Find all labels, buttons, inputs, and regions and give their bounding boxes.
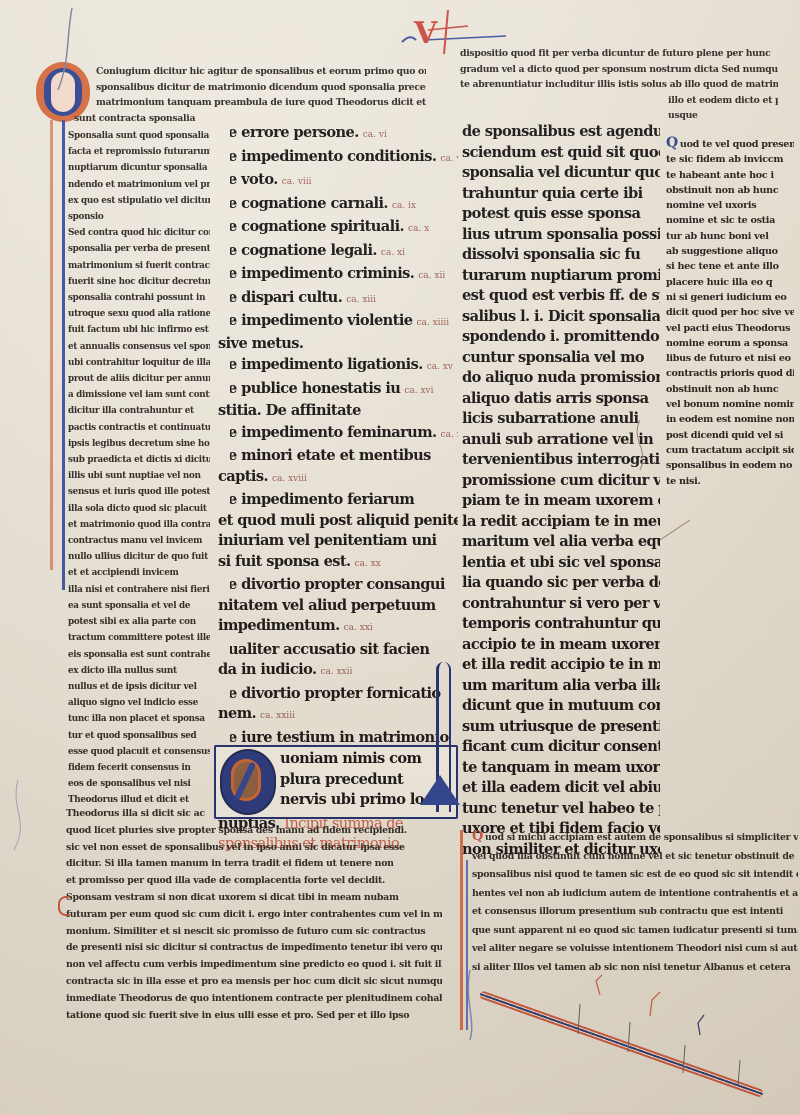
marginal-pen-strokes-icon xyxy=(0,0,800,1115)
manuscript-page: V Coniugium dicitur hic agitur de sponsa… xyxy=(0,0,800,1115)
